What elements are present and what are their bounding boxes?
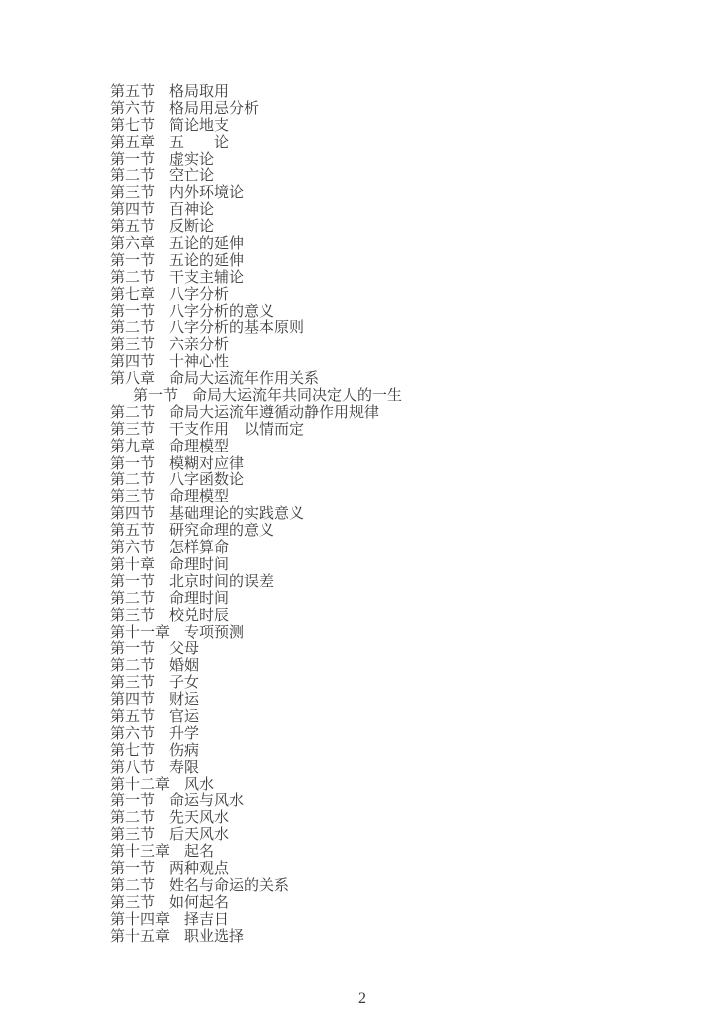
toc-line: 第一节八字分析的意义 xyxy=(110,304,402,321)
page-number: 2 xyxy=(0,990,724,1008)
toc-line-title: 内外环境论 xyxy=(169,185,244,201)
toc-line-title: 八字分析的基本原则 xyxy=(169,320,304,336)
toc-line: 第一节两种观点 xyxy=(110,861,402,878)
toc-line-label: 第二节 xyxy=(110,320,155,336)
toc-line-label: 第一节 xyxy=(110,152,155,168)
toc-line-title: 五论的延伸 xyxy=(169,253,244,269)
toc-line-title: 北京时间的误差 xyxy=(169,574,274,590)
toc-line-title: 命局大运流年作用关系 xyxy=(169,371,319,387)
toc-line-title: 干支作用 以情而定 xyxy=(169,422,304,438)
table-of-contents: 第五节格局取用第六节格局用忌分析第七节简论地支第五章五 论第一节虚实论第二节空亡… xyxy=(110,84,402,945)
toc-line-label: 第十五章 xyxy=(110,929,170,945)
toc-line: 第二节八字分析的基本原则 xyxy=(110,320,402,337)
toc-line-title: 命理模型 xyxy=(169,439,229,455)
toc-line-label: 第三节 xyxy=(110,489,155,505)
toc-line-label: 第一节 xyxy=(110,253,155,269)
toc-line-title: 命局大运流年共同决定人的一生 xyxy=(192,388,402,404)
toc-line-label: 第四节 xyxy=(110,354,155,370)
toc-line-label: 第七节 xyxy=(110,743,155,759)
toc-line: 第二节八字函数论 xyxy=(110,472,402,489)
toc-line-label: 第十三章 xyxy=(110,844,170,860)
toc-line: 第十五章职业选择 xyxy=(110,929,402,946)
toc-line: 第十二章风水 xyxy=(110,777,402,794)
toc-line: 第五节官运 xyxy=(110,709,402,726)
toc-line: 第四节财运 xyxy=(110,692,402,709)
toc-line-label: 第五节 xyxy=(110,219,155,235)
toc-line-title: 五论的延伸 xyxy=(169,236,244,252)
toc-line-label: 第二节 xyxy=(110,878,155,894)
toc-line-title: 姓名与命运的关系 xyxy=(169,878,289,894)
toc-line: 第二节干支主辅论 xyxy=(110,270,402,287)
toc-line-label: 第十二章 xyxy=(110,777,170,793)
toc-line-label: 第二节 xyxy=(110,472,155,488)
toc-line: 第四节基础理论的实践意义 xyxy=(110,506,402,523)
toc-line-label: 第四节 xyxy=(110,202,155,218)
toc-line: 第一节北京时间的误差 xyxy=(110,574,402,591)
toc-line-title: 反断论 xyxy=(169,219,214,235)
toc-line-title: 官运 xyxy=(169,709,199,725)
toc-line: 第五节反断论 xyxy=(110,219,402,236)
toc-line: 第四节十神心性 xyxy=(110,354,402,371)
toc-line-label: 第二节 xyxy=(110,658,155,674)
toc-line: 第三节干支作用 以情而定 xyxy=(110,422,402,439)
toc-line-title: 起名 xyxy=(184,844,214,860)
toc-line-title: 命局大运流年遵循动静作用规律 xyxy=(169,405,379,421)
toc-line-label: 第三节 xyxy=(110,895,155,911)
toc-line: 第六节怎样算命 xyxy=(110,540,402,557)
toc-line: 第一节命局大运流年共同决定人的一生 xyxy=(133,388,402,405)
toc-line-title: 命理时间 xyxy=(169,591,229,607)
toc-line-title: 简论地支 xyxy=(169,118,229,134)
toc-line-title: 怎样算命 xyxy=(169,540,229,556)
toc-line-title: 风水 xyxy=(184,777,214,793)
toc-line-label: 第一节 xyxy=(133,388,178,404)
toc-line: 第五节研究命理的意义 xyxy=(110,523,402,540)
toc-line: 第一节模糊对应律 xyxy=(110,456,402,473)
toc-line-label: 第九章 xyxy=(110,439,155,455)
toc-line: 第十四章择吉日 xyxy=(110,912,402,929)
toc-line: 第二节空亡论 xyxy=(110,168,402,185)
toc-line-title: 基础理论的实践意义 xyxy=(169,506,304,522)
toc-line-label: 第三节 xyxy=(110,337,155,353)
toc-line-title: 升学 xyxy=(169,726,199,742)
toc-line-label: 第二节 xyxy=(110,168,155,184)
toc-line-label: 第二节 xyxy=(110,810,155,826)
toc-line-label: 第三节 xyxy=(110,827,155,843)
toc-line-title: 八字函数论 xyxy=(169,472,244,488)
toc-line-label: 第三节 xyxy=(110,185,155,201)
toc-line-label: 第十一章 xyxy=(110,625,170,641)
toc-line-title: 八字分析 xyxy=(169,287,229,303)
toc-line-label: 第六节 xyxy=(110,101,155,117)
toc-line-title: 命运与风水 xyxy=(169,793,244,809)
toc-line-label: 第一节 xyxy=(110,641,155,657)
toc-line: 第三节校兑时辰 xyxy=(110,608,402,625)
toc-line-label: 第四节 xyxy=(110,692,155,708)
toc-line-title: 专项预测 xyxy=(184,625,244,641)
toc-line-label: 第一节 xyxy=(110,456,155,472)
toc-line-title: 择吉日 xyxy=(184,912,229,928)
toc-line: 第八节寿限 xyxy=(110,760,402,777)
toc-line-label: 第一节 xyxy=(110,861,155,877)
toc-line-label: 第一节 xyxy=(110,574,155,590)
toc-line-label: 第一节 xyxy=(110,304,155,320)
toc-line: 第九章命理模型 xyxy=(110,439,402,456)
toc-line: 第一节命运与风水 xyxy=(110,793,402,810)
toc-line-title: 命理模型 xyxy=(169,489,229,505)
toc-line-title: 父母 xyxy=(169,641,199,657)
toc-line: 第三节六亲分析 xyxy=(110,337,402,354)
toc-line-title: 干支主辅论 xyxy=(169,270,244,286)
toc-line: 第二节先天风水 xyxy=(110,810,402,827)
toc-line: 第一节父母 xyxy=(110,641,402,658)
toc-line-label: 第五节 xyxy=(110,84,155,100)
toc-line-label: 第六章 xyxy=(110,236,155,252)
toc-line-title: 婚姻 xyxy=(169,658,199,674)
toc-line-label: 第三节 xyxy=(110,675,155,691)
toc-line-title: 十神心性 xyxy=(169,354,229,370)
toc-line-label: 第六节 xyxy=(110,726,155,742)
toc-line-label: 第十章 xyxy=(110,557,155,573)
toc-line-title: 两种观点 xyxy=(169,861,229,877)
toc-line: 第三节后天风水 xyxy=(110,827,402,844)
toc-line: 第八章命局大运流年作用关系 xyxy=(110,371,402,388)
toc-line: 第四节百神论 xyxy=(110,202,402,219)
toc-line: 第一节虚实论 xyxy=(110,152,402,169)
toc-line-title: 八字分析的意义 xyxy=(169,304,274,320)
toc-line-title: 五 论 xyxy=(169,135,229,151)
toc-line-title: 六亲分析 xyxy=(169,337,229,353)
toc-line-label: 第三节 xyxy=(110,422,155,438)
toc-line-title: 寿限 xyxy=(169,760,199,776)
toc-line: 第二节姓名与命运的关系 xyxy=(110,878,402,895)
toc-line: 第二节命局大运流年遵循动静作用规律 xyxy=(110,405,402,422)
toc-line: 第二节婚姻 xyxy=(110,658,402,675)
toc-line-label: 第十四章 xyxy=(110,912,170,928)
toc-line: 第六节格局用忌分析 xyxy=(110,101,402,118)
toc-line-label: 第一节 xyxy=(110,793,155,809)
toc-line: 第六章五论的延伸 xyxy=(110,236,402,253)
toc-line-label: 第八章 xyxy=(110,371,155,387)
toc-line-label: 第五节 xyxy=(110,523,155,539)
document-page: 第五节格局取用第六节格局用忌分析第七节简论地支第五章五 论第一节虚实论第二节空亡… xyxy=(0,0,724,1024)
toc-line-title: 格局取用 xyxy=(169,84,229,100)
toc-line-label: 第七章 xyxy=(110,287,155,303)
toc-line-label: 第二节 xyxy=(110,591,155,607)
toc-line-title: 百神论 xyxy=(169,202,214,218)
toc-line-label: 第二节 xyxy=(110,270,155,286)
toc-line: 第七节简论地支 xyxy=(110,118,402,135)
toc-line: 第六节升学 xyxy=(110,726,402,743)
toc-line: 第七节伤病 xyxy=(110,743,402,760)
toc-line: 第三节如何起名 xyxy=(110,895,402,912)
toc-line-label: 第八节 xyxy=(110,760,155,776)
toc-line-title: 校兑时辰 xyxy=(169,608,229,624)
toc-line-title: 伤病 xyxy=(169,743,199,759)
toc-line-title: 财运 xyxy=(169,692,199,708)
toc-line-label: 第六节 xyxy=(110,540,155,556)
toc-line-title: 命理时间 xyxy=(169,557,229,573)
toc-line: 第一节五论的延伸 xyxy=(110,253,402,270)
toc-line: 第五章五 论 xyxy=(110,135,402,152)
toc-line: 第五节格局取用 xyxy=(110,84,402,101)
toc-line-label: 第五节 xyxy=(110,709,155,725)
toc-line: 第十一章专项预测 xyxy=(110,625,402,642)
toc-line-title: 研究命理的意义 xyxy=(169,523,274,539)
toc-line-title: 职业选择 xyxy=(184,929,244,945)
toc-line-title: 先天风水 xyxy=(169,810,229,826)
toc-line-label: 第五章 xyxy=(110,135,155,151)
toc-line: 第三节内外环境论 xyxy=(110,185,402,202)
toc-line-title: 如何起名 xyxy=(169,895,229,911)
toc-line-title: 格局用忌分析 xyxy=(169,101,259,117)
toc-line: 第七章八字分析 xyxy=(110,287,402,304)
toc-line-label: 第四节 xyxy=(110,506,155,522)
toc-line: 第三节子女 xyxy=(110,675,402,692)
toc-line-title: 空亡论 xyxy=(169,168,214,184)
toc-line-label: 第三节 xyxy=(110,608,155,624)
toc-line-title: 后天风水 xyxy=(169,827,229,843)
toc-line-label: 第七节 xyxy=(110,118,155,134)
toc-line-title: 子女 xyxy=(169,675,199,691)
toc-line: 第十章命理时间 xyxy=(110,557,402,574)
toc-line: 第三节命理模型 xyxy=(110,489,402,506)
toc-line-title: 虚实论 xyxy=(169,152,214,168)
toc-line-label: 第二节 xyxy=(110,405,155,421)
toc-line: 第二节命理时间 xyxy=(110,591,402,608)
toc-line-title: 模糊对应律 xyxy=(169,456,244,472)
toc-line: 第十三章起名 xyxy=(110,844,402,861)
